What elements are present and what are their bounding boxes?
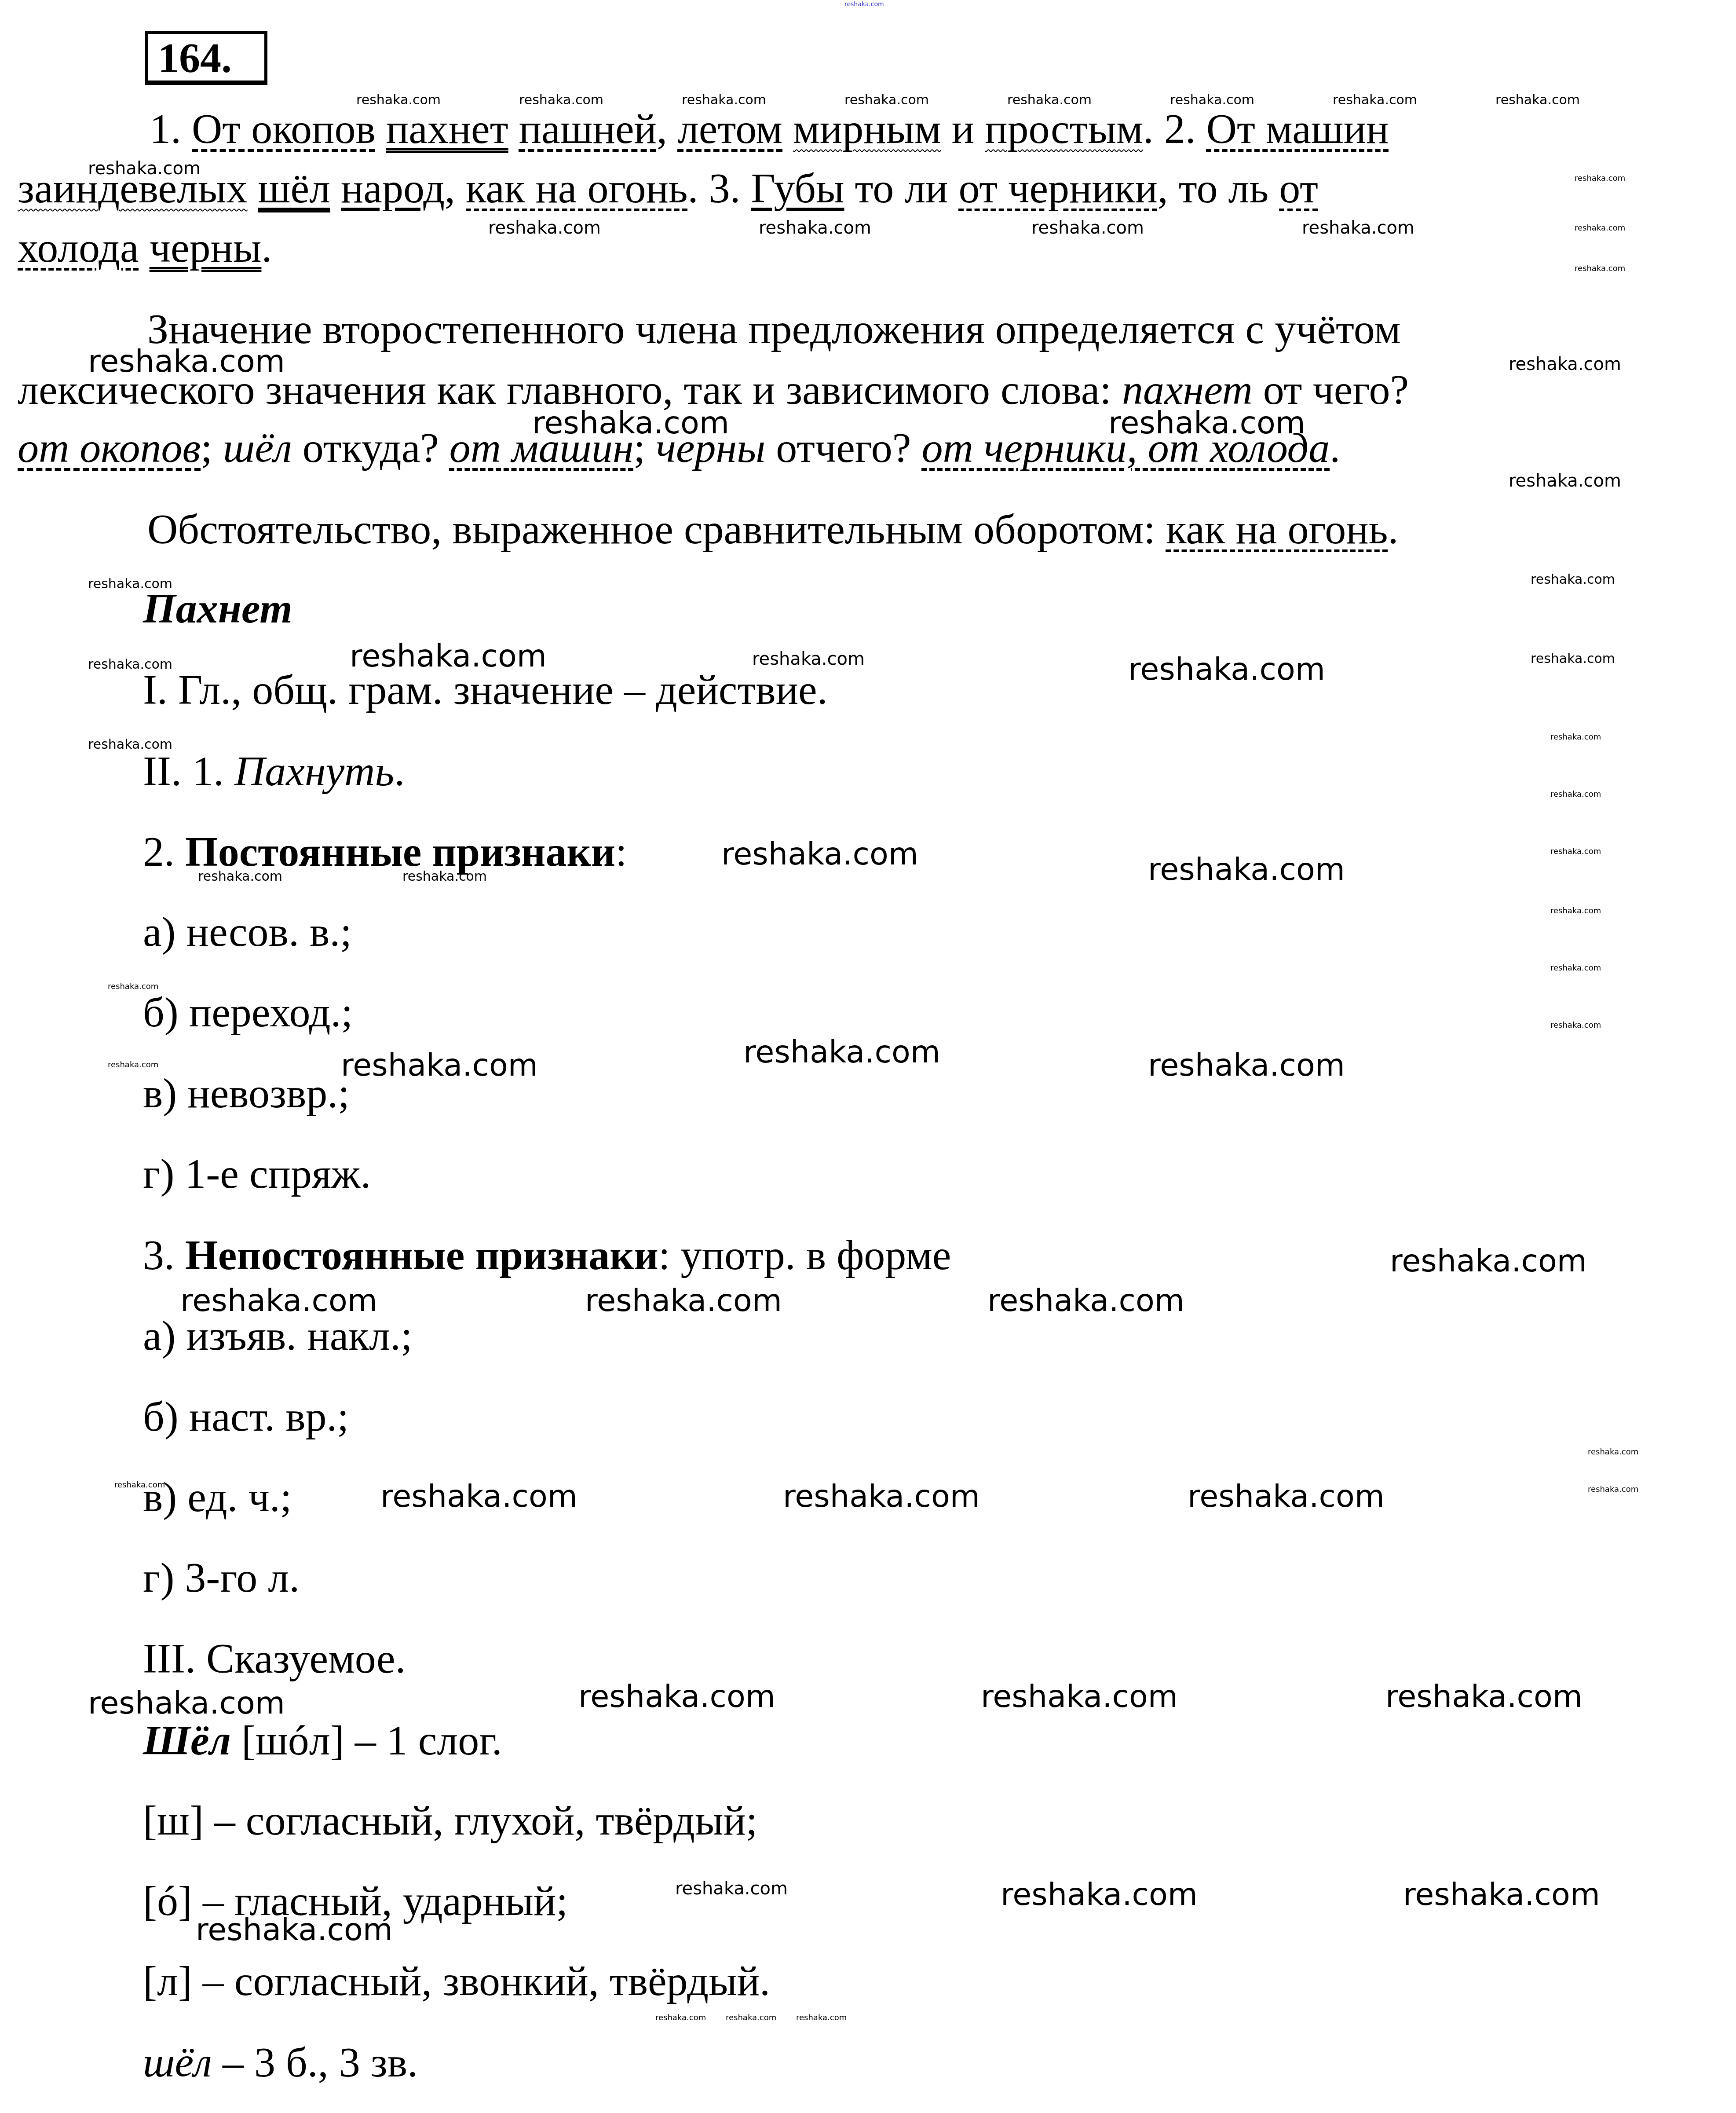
text: : [615, 828, 627, 875]
adverbial-word: От машин [1206, 105, 1389, 152]
watermark: reshaka.com [88, 576, 172, 592]
sound-item: [ш] – согласный, глухой, твёрдый; [143, 1799, 757, 1842]
morph-title: Пахнет [143, 587, 292, 630]
watermark: reshaka.com [1148, 1047, 1345, 1083]
watermark: reshaka.com [796, 2013, 847, 2022]
watermark: reshaka.com [1575, 264, 1625, 273]
text: [шóл] – 1 слог. [231, 1717, 502, 1764]
watermark: reshaka.com [655, 2013, 706, 2022]
document-page: reshaka.com 164. 1. От окопов пахнет паш… [0, 0, 1736, 2113]
attribute-word: мирным [793, 105, 941, 152]
predicate-word: черны [150, 224, 262, 271]
watermark: reshaka.com [1302, 218, 1414, 238]
watermark: reshaka.com [341, 1047, 538, 1083]
sentence-number: 2. [1164, 105, 1196, 152]
watermark: reshaka.com [108, 1060, 158, 1069]
watermark: reshaka.com [488, 218, 601, 238]
watermark: reshaka.com [532, 405, 729, 441]
text: Обстоятельство, выраженное сравнительным… [147, 505, 1166, 553]
watermark: reshaka.com [743, 1034, 940, 1070]
nonconst-item: а) изъяв. накл.; [143, 1315, 413, 1357]
morph-ii: II. 1. Пахнуть. [143, 750, 405, 792]
watermark: reshaka.com [1575, 223, 1625, 233]
watermark: reshaka.com [196, 1912, 393, 1948]
subject-word: Губы [751, 165, 844, 212]
watermark: reshaka.com [783, 1478, 980, 1514]
watermark: reshaka.com [1108, 405, 1305, 441]
phonetic-summary: шёл – 3 б., 3 зв. [143, 2041, 418, 2084]
watermark: reshaka.com [1550, 847, 1601, 856]
text: . [1330, 424, 1340, 471]
watermark: reshaka.com [108, 982, 158, 991]
watermark: reshaka.com [726, 2013, 776, 2022]
bold-label: Непостоянные признаки [185, 1231, 658, 1278]
watermark: reshaka.com [987, 1282, 1184, 1318]
adverbial-word: от черники [958, 165, 1157, 212]
adverbial-word: от [1279, 165, 1318, 212]
watermark: reshaka.com [578, 1678, 775, 1714]
watermark: reshaka.com [844, 92, 929, 108]
watermark: reshaka.com [88, 158, 201, 179]
watermark: reshaka.com [759, 218, 871, 238]
watermark: reshaka.com [1390, 1243, 1587, 1279]
watermark: reshaka.com [1509, 471, 1621, 491]
text: : употр. в форме [658, 1231, 951, 1278]
text: – 3 б., 3 зв. [212, 2039, 418, 2086]
subject-word: народ [341, 165, 445, 212]
watermark: reshaka.com [721, 836, 918, 872]
sentence-line-1: 1. От окопов пахнет пашней, летом мирным… [150, 108, 1389, 150]
adverbial-word: как на огонь [1166, 505, 1388, 553]
morph-iii: III. Сказуемое. [143, 1637, 406, 1680]
sound-item: [л] – согласный, звонкий, твёрдый. [143, 1960, 770, 2002]
italic-word: шёл [223, 424, 292, 471]
watermark: reshaka.com [1509, 354, 1621, 374]
watermark: reshaka.com [1550, 963, 1601, 973]
morph-const-heading: 2. Постоянные признаки: [143, 831, 627, 873]
watermark: reshaka.com [1170, 92, 1254, 108]
watermark: reshaka.com [1550, 790, 1601, 799]
watermark: reshaka.com [88, 1685, 285, 1721]
watermark: reshaka.com [402, 869, 487, 884]
conjunction: и [952, 105, 974, 152]
italic-word: Пахнуть [234, 747, 394, 795]
adverbial-word: как на огонь [466, 165, 688, 212]
nonconst-item: в) ед. ч.; [143, 1476, 292, 1518]
watermark: reshaka.com [1550, 732, 1601, 742]
const-item: в) невозвр.; [143, 1072, 350, 1114]
object-word: пашней [519, 105, 657, 152]
sentence-number: 3. [709, 165, 741, 212]
watermark: reshaka.com [88, 343, 285, 379]
sentence-number: 1. [150, 105, 181, 152]
adverbial-word: холода [18, 224, 139, 271]
watermark: reshaka.com [88, 657, 172, 672]
particle: то ли [855, 165, 948, 212]
watermark: reshaka.com [752, 649, 865, 669]
watermark: reshaka.com [682, 92, 766, 108]
text: ; [201, 424, 223, 471]
watermark: reshaka.com [1588, 1485, 1638, 1494]
morph-nonconst-heading: 3. Непостоянные признаки: употр. в форме [143, 1234, 951, 1276]
adverbial-word: От окопов [192, 105, 376, 152]
explanation-line-1: Значение второстепенного члена предложен… [147, 308, 1401, 350]
bold-italic-word: Шёл [143, 1717, 231, 1764]
watermark: reshaka.com [1007, 92, 1092, 108]
exercise-number: 164. [145, 31, 267, 85]
watermark: reshaka.com [675, 1879, 788, 1899]
watermark: reshaka.com [1001, 1876, 1198, 1912]
watermark: reshaka.com [1385, 1678, 1583, 1714]
bold-label: Постоянные признаки [185, 828, 615, 875]
particle: то ль [1179, 165, 1268, 212]
const-item: г) 1-е спряж. [143, 1153, 371, 1195]
watermark: reshaka.com [1333, 92, 1417, 108]
watermark: reshaka.com [1531, 572, 1615, 587]
nonconst-item: б) наст. вр.; [143, 1395, 349, 1438]
const-item: б) переход.; [143, 991, 353, 1033]
text: 2. [143, 828, 185, 875]
const-item: а) несов. в.; [143, 911, 352, 953]
sentence-line-3: холода черны. [18, 227, 272, 269]
watermark: reshaka.com [1031, 218, 1144, 238]
italic-word: от окопов [18, 424, 201, 471]
sentence-line-2: заиндевелых шёл народ, как на огонь. 3. … [18, 167, 1318, 209]
predicate-word: пахнет [386, 105, 508, 152]
watermark: reshaka.com [585, 1282, 782, 1318]
attribute-word: простым [985, 105, 1143, 152]
watermark: reshaka.com [198, 869, 282, 884]
text: отчего? [765, 424, 921, 471]
explanation-line-4: Обстоятельство, выраженное сравнительным… [147, 508, 1399, 550]
watermark: reshaka.com [1188, 1478, 1385, 1514]
watermark: reshaka.com [1575, 174, 1625, 183]
watermark: reshaka.com [356, 92, 441, 108]
text: II. 1. [143, 747, 234, 795]
watermark: reshaka.com [1403, 1876, 1600, 1912]
watermark: reshaka.com [1531, 651, 1615, 666]
watermark: reshaka.com [1588, 1447, 1638, 1457]
predicate-word: шёл [258, 165, 330, 212]
top-watermark: reshaka.com [844, 1, 884, 8]
watermark: reshaka.com [350, 638, 547, 674]
watermark: reshaka.com [1550, 906, 1601, 916]
watermark: reshaka.com [380, 1478, 577, 1514]
watermark: reshaka.com [1495, 92, 1580, 108]
italic-word: шёл [143, 2039, 212, 2086]
watermark: reshaka.com [981, 1678, 1178, 1714]
phonetic-heading: Шёл [шóл] – 1 слог. [143, 1719, 502, 1761]
watermark: reshaka.com [1128, 651, 1325, 687]
text: откуда? [292, 424, 450, 471]
watermark: reshaka.com [1148, 851, 1345, 887]
text: . [394, 747, 405, 795]
text: 3. [143, 1231, 185, 1278]
watermark: reshaka.com [114, 1480, 165, 1490]
watermark: reshaka.com [1550, 1021, 1601, 1030]
object-word: летом [678, 105, 782, 152]
watermark: reshaka.com [180, 1282, 377, 1318]
watermark: reshaka.com [519, 92, 603, 108]
morph-i: I. Гл., общ. грам. значение – действие. [143, 669, 828, 711]
text: . [1388, 505, 1399, 553]
nonconst-item: г) 3-го л. [143, 1556, 300, 1599]
watermark: reshaka.com [88, 737, 172, 752]
